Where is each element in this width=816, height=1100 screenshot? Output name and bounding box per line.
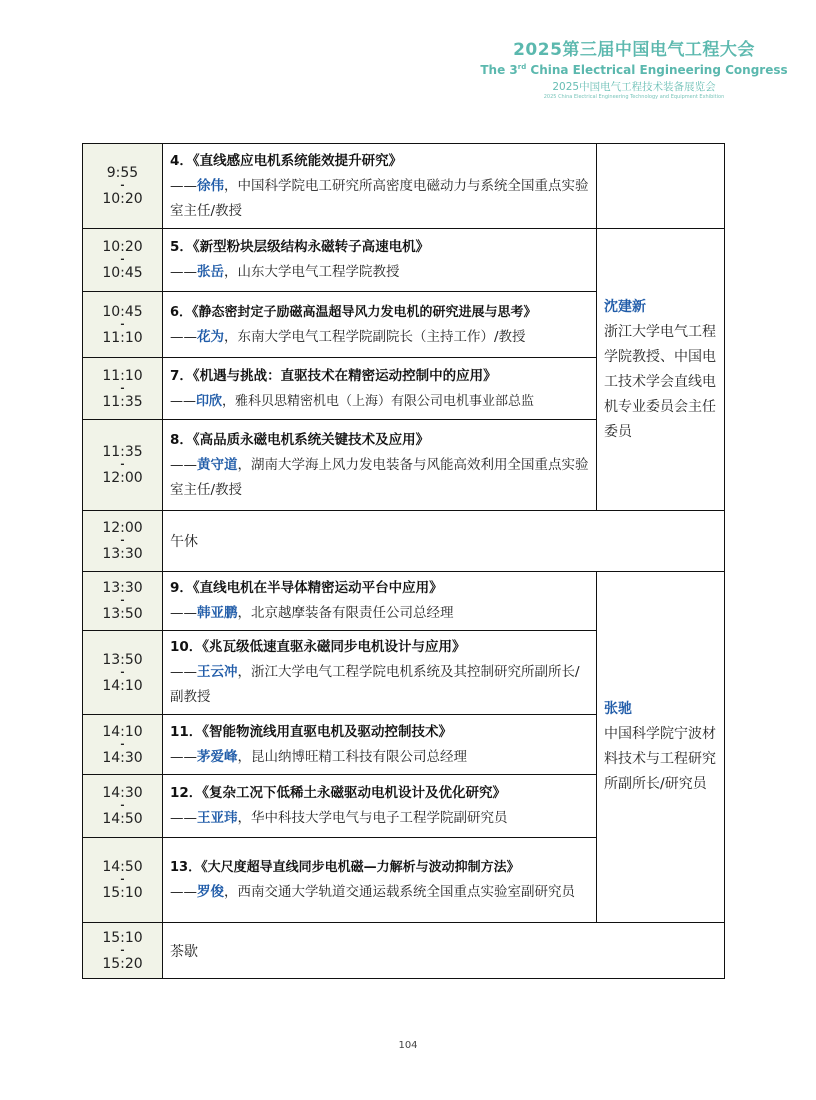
logo-title-cn: 2025第三届中国电气工程大会 (452, 40, 816, 60)
speaker-name: 徐伟 (197, 178, 224, 194)
speaker-name: 罗俊 (197, 884, 224, 900)
time-cell: 15:10-15:20 (83, 923, 163, 979)
logo-exhibition-en: 2025 China Electrical Engineering Techno… (452, 94, 816, 101)
moderator-cell: 张驰中国科学院宁波材料技术与工程研究所副所长/研究员 (597, 572, 725, 923)
speaker-name: 花为 (197, 329, 224, 345)
time-cell: 11:35-12:00 (83, 420, 163, 511)
break-label: 午休 (163, 511, 725, 572)
speaker-name: 茅爱峰 (197, 749, 238, 765)
talk-title: 10．《兆瓦级低速直驱永磁同步电机设计与应用》 (170, 635, 590, 660)
speaker-name: 张岳 (197, 264, 224, 280)
moderator-title: 浙江大学电气工程学院教授、中国电工技术学会直线电机专业委员会主任委员 (604, 320, 718, 445)
table-row-break: 12:00-13:30 午休 (83, 511, 725, 572)
time-cell: 9:55-10:20 (83, 144, 163, 229)
talk-cell: 12．《复杂工况下低稀土永磁驱动电机设计及优化研究》——王亚玮，华中科技大学电气… (163, 775, 597, 838)
speaker-name: 韩亚鹏 (197, 605, 238, 621)
schedule-table: 9:55-10:20 4．《直线感应电机系统能效提升研究》——徐伟，中国科学院电… (82, 143, 725, 979)
talk-cell: 10．《兆瓦级低速直驱永磁同步电机设计与应用》——王云冲，浙江大学电气工程学院电… (163, 631, 597, 715)
moderator-name: 张驰 (604, 697, 718, 722)
moderator-cell: 沈建新浙江大学电气工程学院教授、中国电工技术学会直线电机专业委员会主任委员 (597, 229, 725, 511)
talk-speaker-line: ——印欣，雅科贝思精密机电（上海）有限公司电机事业部总监 (170, 389, 590, 414)
table-row-break: 15:10-15:20 茶歇 (83, 923, 725, 979)
time-cell: 10:45-11:10 (83, 292, 163, 358)
talk-cell: 4．《直线感应电机系统能效提升研究》——徐伟，中国科学院电工研究所高密度电磁动力… (163, 144, 597, 229)
talk-speaker-line: ——王云冲，浙江大学电气工程学院电机系统及其控制研究所副所长/副教授 (170, 660, 590, 710)
talk-title: 12．《复杂工况下低稀土永磁驱动电机设计及优化研究》 (170, 781, 590, 806)
talk-speaker-line: ——徐伟，中国科学院电工研究所高密度电磁动力与系统全国重点实验室主任/教授 (170, 174, 590, 224)
talk-title: 13．《大尺度超导直线同步电机磁—力解析与波动抑制方法》 (170, 855, 590, 880)
talk-cell: 5．《新型粉块层级结构永磁转子高速电机》——张岳，山东大学电气工程学院教授 (163, 229, 597, 292)
talk-speaker-line: ——罗俊，西南交通大学轨道交通运载系统全国重点实验室副研究员 (170, 880, 590, 905)
talk-cell: 7．《机遇与挑战：直驱技术在精密运动控制中的应用》——印欣，雅科贝思精密机电（上… (163, 358, 597, 420)
talk-speaker-line: ——王亚玮，华中科技大学电气与电子工程学院副研究员 (170, 806, 590, 831)
talk-speaker-line: ——韩亚鹏，北京越摩装备有限责任公司总经理 (170, 601, 590, 626)
time-cell: 11:10-11:35 (83, 358, 163, 420)
time-cell: 10:20-10:45 (83, 229, 163, 292)
talk-speaker-line: ——黄守道，湖南大学海上风力发电装备与风能高效利用全国重点实验室主任/教授 (170, 453, 590, 503)
talk-cell: 11．《智能物流线用直驱电机及驱动控制技术》——茅爱峰，昆山纳博旺精工科技有限公… (163, 715, 597, 775)
talk-cell: 13．《大尺度超导直线同步电机磁—力解析与波动抑制方法》——罗俊，西南交通大学轨… (163, 838, 597, 923)
speaker-name: 王云冲 (197, 664, 238, 680)
talk-title: 8．《高品质永磁电机系统关键技术及应用》 (170, 428, 590, 453)
talk-cell: 9．《直线电机在半导体精密运动平台中应用》——韩亚鹏，北京越摩装备有限责任公司总… (163, 572, 597, 631)
talk-cell: 6．《静态密封定子励磁高温超导风力发电机的研究进展与思考》——花为，东南大学电气… (163, 292, 597, 358)
table-row: 9:55-10:20 4．《直线感应电机系统能效提升研究》——徐伟，中国科学院电… (83, 144, 725, 229)
moderator-cell-empty (597, 144, 725, 229)
congress-logo: 2025第三届中国电气工程大会 The 3rd China Electrical… (470, 40, 816, 101)
time-cell: 14:30-14:50 (83, 775, 163, 838)
talk-title: 11．《智能物流线用直驱电机及驱动控制技术》 (170, 720, 590, 745)
talk-title: 7．《机遇与挑战：直驱技术在精密运动控制中的应用》 (170, 364, 590, 389)
time-cell: 13:30-13:50 (83, 572, 163, 631)
time-cell: 12:00-13:30 (83, 511, 163, 572)
talk-speaker-line: ——茅爱峰，昆山纳博旺精工科技有限公司总经理 (170, 745, 590, 770)
logo-exhibition-cn: 2025中国电气工程技术装备展览会 (452, 80, 816, 94)
talk-cell: 8．《高品质永磁电机系统关键技术及应用》——黄守道，湖南大学海上风力发电装备与风… (163, 420, 597, 511)
moderator-title: 中国科学院宁波材料技术与工程研究所副所长/研究员 (604, 722, 718, 797)
logo-title-en: The 3rd China Electrical Engineering Con… (452, 60, 816, 78)
talk-title: 9．《直线电机在半导体精密运动平台中应用》 (170, 576, 590, 601)
speaker-name: 黄守道 (197, 457, 238, 473)
speaker-name: 印欣 (196, 394, 222, 409)
talk-title: 5．《新型粉块层级结构永磁转子高速电机》 (170, 235, 590, 260)
time-cell: 13:50-14:10 (83, 631, 163, 715)
time-cell: 14:10-14:30 (83, 715, 163, 775)
talk-title: 6．《静态密封定子励磁高温超导风力发电机的研究进展与思考》 (170, 300, 590, 325)
talk-title: 4．《直线感应电机系统能效提升研究》 (170, 149, 590, 174)
talk-speaker-line: ——张岳，山东大学电气工程学院教授 (170, 260, 590, 285)
time-cell: 14:50-15:10 (83, 838, 163, 923)
break-label: 茶歇 (163, 923, 725, 979)
table-row: 10:20-10:45 5．《新型粉块层级结构永磁转子高速电机》——张岳，山东大… (83, 229, 725, 292)
speaker-name: 王亚玮 (197, 810, 238, 826)
moderator-name: 沈建新 (604, 295, 718, 320)
page-number: 104 (0, 1040, 816, 1051)
talk-speaker-line: ——花为，东南大学电气工程学院副院长（主持工作）/教授 (170, 325, 590, 350)
table-row: 13:30-13:50 9．《直线电机在半导体精密运动平台中应用》——韩亚鹏，北… (83, 572, 725, 631)
